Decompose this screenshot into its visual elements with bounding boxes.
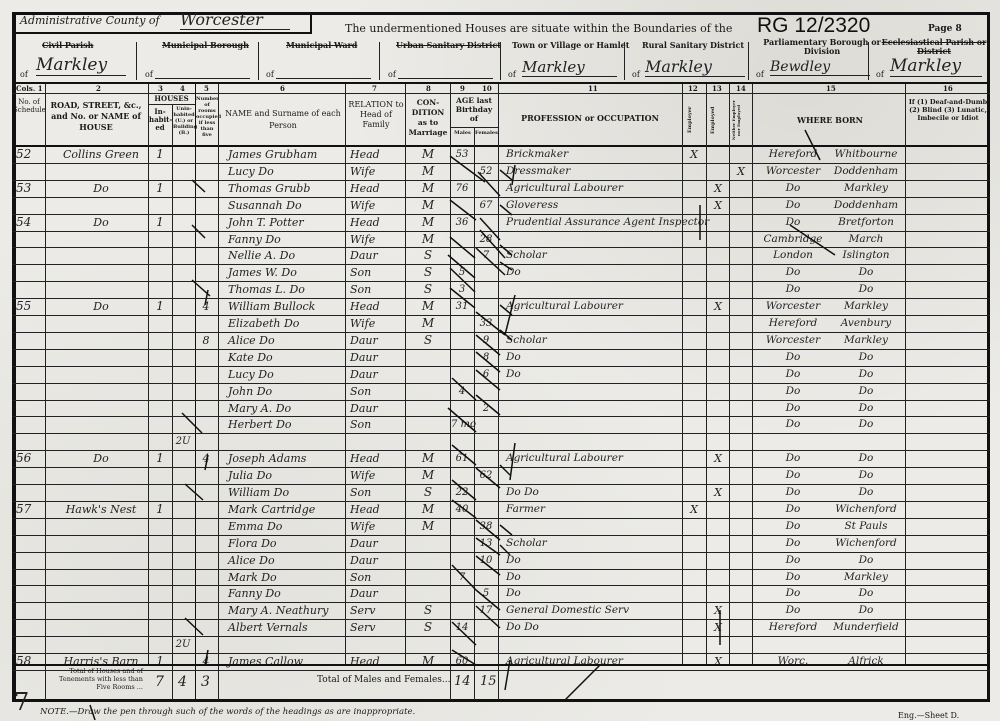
relation: Head bbox=[350, 146, 404, 163]
marital-condition: M bbox=[408, 197, 448, 214]
row-divider bbox=[12, 433, 990, 434]
age-male: 31 bbox=[451, 298, 473, 315]
district-label-urban-sanitary: Urban Sanitary District bbox=[396, 40, 501, 50]
heading-road: ROAD, STREET, &c., and No. or NAME of HO… bbox=[46, 100, 146, 133]
age-female: 28 bbox=[475, 231, 497, 248]
employed-mark: X bbox=[707, 653, 729, 670]
relation: Son bbox=[350, 281, 404, 298]
age-female: 38 bbox=[475, 518, 497, 535]
intro-text: The undermentioned Houses are situate wi… bbox=[345, 22, 732, 35]
person-name: Kate Do bbox=[228, 349, 343, 366]
birth-county: Do bbox=[758, 180, 828, 197]
relation: Daur bbox=[350, 366, 404, 383]
relation: Wife bbox=[350, 518, 404, 535]
age-male: 7 mo bbox=[451, 416, 473, 433]
marital-condition: M bbox=[408, 231, 448, 248]
schedule-number: 52 bbox=[16, 146, 44, 163]
birth-parish: Markley bbox=[828, 180, 904, 197]
marital-condition: M bbox=[408, 501, 448, 518]
birth-parish: Wichenford bbox=[828, 535, 904, 552]
person-name: James W. Do bbox=[228, 264, 343, 281]
district-value-parliamentary: Bewdley bbox=[770, 59, 870, 76]
schedule-number: 57 bbox=[16, 501, 44, 518]
birth-county: Do bbox=[758, 383, 828, 400]
marital-condition: S bbox=[408, 264, 448, 281]
birth-county: Do bbox=[758, 450, 828, 467]
birth-parish: Avenbury bbox=[828, 315, 904, 332]
marital-condition: S bbox=[408, 619, 448, 636]
marital-condition: S bbox=[408, 281, 448, 298]
age-male: 5 bbox=[451, 264, 473, 281]
occupation: General Domestic Serv bbox=[506, 602, 680, 619]
birth-parish: Do bbox=[828, 585, 904, 602]
birth-parish: Markley bbox=[828, 332, 904, 349]
age-male: 14 bbox=[451, 619, 473, 636]
age-female: 62 bbox=[475, 467, 497, 484]
birth-parish: Do bbox=[828, 552, 904, 569]
of-label: of bbox=[632, 70, 640, 79]
occupation: Do bbox=[506, 569, 680, 586]
person-name: Mark Cartridge bbox=[228, 501, 343, 518]
age-male: 53 bbox=[451, 146, 473, 163]
col-number: 9 bbox=[460, 84, 465, 93]
schedule-number: 55 bbox=[16, 298, 44, 315]
col-number: 3 bbox=[158, 84, 163, 93]
total-inhabited: 7 bbox=[155, 674, 164, 690]
occupation: Agricultural Labourer bbox=[506, 653, 680, 670]
marital-condition: S bbox=[408, 602, 448, 619]
inhabited-count: 1 bbox=[150, 146, 170, 163]
employed-mark: X bbox=[707, 197, 729, 214]
person-name: William Do bbox=[228, 484, 343, 501]
relation: Serv bbox=[350, 602, 404, 619]
houses-total-label: Total of Houses and of Tenements with le… bbox=[48, 667, 143, 691]
relation: Son bbox=[350, 264, 404, 281]
birth-parish: Markley bbox=[828, 298, 904, 315]
birth-parish: Do bbox=[828, 383, 904, 400]
heading-males: Males bbox=[451, 129, 474, 137]
heading-neither: Neither Employer nor Employed bbox=[731, 98, 751, 142]
marital-condition: M bbox=[408, 146, 448, 163]
col-number: 11 bbox=[588, 84, 598, 93]
birth-parish: Doddenham bbox=[828, 163, 904, 180]
marital-condition: M bbox=[408, 163, 448, 180]
birth-parish: Wichenford bbox=[828, 501, 904, 518]
heading-employed: Employed bbox=[709, 100, 725, 140]
marital-condition: M bbox=[408, 467, 448, 484]
birth-parish: Alfrick bbox=[828, 653, 904, 670]
district-label-municipal-borough: Municipal Borough bbox=[162, 40, 249, 50]
birth-parish: Do bbox=[828, 602, 904, 619]
relation: Daur bbox=[350, 535, 404, 552]
of-label: of bbox=[20, 70, 28, 79]
page-number: Page 8 bbox=[928, 24, 962, 34]
rooms-count: 8 bbox=[196, 332, 216, 349]
marital-condition: M bbox=[408, 315, 448, 332]
marital-condition: M bbox=[408, 653, 448, 670]
birth-parish: Do bbox=[828, 450, 904, 467]
marital-condition: S bbox=[408, 247, 448, 264]
birth-county: Hereford bbox=[758, 315, 828, 332]
relation: Son bbox=[350, 416, 404, 433]
birth-parish: Bretforton bbox=[828, 214, 904, 231]
birth-parish: March bbox=[828, 231, 904, 248]
occupation: Do bbox=[506, 349, 680, 366]
employed-mark: X bbox=[707, 180, 729, 197]
birth-parish: Do bbox=[828, 416, 904, 433]
heading-uninhabited: Unin-habited (U.) or Building (B.) bbox=[173, 106, 195, 136]
inhabited-count: 1 bbox=[150, 214, 170, 231]
road-name: Do bbox=[55, 180, 147, 197]
district-value-civil-parish: Markley bbox=[36, 55, 126, 76]
person-name: Albert Vernals bbox=[228, 619, 343, 636]
person-name: Mary A. Neathury bbox=[228, 602, 343, 619]
relation: Daur bbox=[350, 400, 404, 417]
occupation: Scholar bbox=[506, 535, 680, 552]
age-female: 9 bbox=[475, 332, 497, 349]
birth-parish: Do bbox=[828, 400, 904, 417]
age-female: 8 bbox=[475, 349, 497, 366]
of-label: of bbox=[756, 70, 764, 79]
col-number: 16 bbox=[943, 84, 953, 93]
relation: Head bbox=[350, 180, 404, 197]
age-female: 7 bbox=[475, 247, 497, 264]
birth-parish: Doddenham bbox=[828, 197, 904, 214]
marital-condition: M bbox=[408, 214, 448, 231]
district-value-town-village: Markley bbox=[522, 58, 617, 77]
employed-mark: X bbox=[707, 450, 729, 467]
of-label: of bbox=[876, 70, 884, 79]
rooms-count: 4 bbox=[196, 298, 216, 315]
age-male: 60 bbox=[451, 653, 473, 670]
heading-employer: Employer bbox=[686, 100, 702, 140]
heading-rooms: Number of rooms occupied if less than fi… bbox=[196, 96, 218, 138]
birth-county: Hereford bbox=[758, 146, 828, 163]
relation: Head bbox=[350, 450, 404, 467]
heading-name: NAME and Surname of each Person bbox=[222, 108, 344, 132]
person-name: Joseph Adams bbox=[228, 450, 343, 467]
occupation: Do Do bbox=[506, 619, 680, 636]
relation: Son bbox=[350, 383, 404, 400]
form-reference: Eng.—Sheet D. bbox=[898, 711, 959, 720]
birth-county: London bbox=[758, 247, 828, 264]
uninhabited-count: 2U bbox=[173, 433, 193, 450]
district-label-ecclesiastical: Ecclesiastical Parish or District bbox=[880, 38, 988, 56]
birth-county: Cambridge bbox=[758, 231, 828, 248]
birth-parish: Do bbox=[828, 349, 904, 366]
admin-county-value: Worcester bbox=[180, 10, 290, 30]
district-label-rural-sanitary: Rural Sanitary District bbox=[642, 40, 744, 50]
age-male: 40 bbox=[451, 501, 473, 518]
birth-county: Do bbox=[758, 214, 828, 231]
age-female: 13 bbox=[475, 535, 497, 552]
birth-county: Do bbox=[758, 349, 828, 366]
employed-mark: X bbox=[707, 484, 729, 501]
birth-county: Do bbox=[758, 484, 828, 501]
row-divider bbox=[12, 636, 990, 637]
road-name: Do bbox=[55, 450, 147, 467]
age-male: 22 bbox=[451, 484, 473, 501]
schedule-number: 54 bbox=[16, 214, 44, 231]
of-label: of bbox=[266, 70, 274, 79]
inhabited-count: 1 bbox=[150, 450, 170, 467]
heading-schedule: No. of Schedule bbox=[13, 98, 45, 114]
birth-county: Do bbox=[758, 467, 828, 484]
birth-parish: Whitbourne bbox=[828, 146, 904, 163]
birth-county: Do bbox=[758, 416, 828, 433]
occupation: Agricultural Labourer bbox=[506, 180, 680, 197]
relation: Daur bbox=[350, 247, 404, 264]
col-number: 2 bbox=[96, 84, 101, 93]
occupation: Dressmaker bbox=[506, 163, 680, 180]
inhabited-count: 1 bbox=[150, 653, 170, 670]
relation: Daur bbox=[350, 349, 404, 366]
heading-houses: HOUSES bbox=[149, 95, 194, 103]
age-female: 67 bbox=[475, 197, 497, 214]
district-label-civil-parish: Civil Parish bbox=[42, 40, 93, 50]
schedule-number: 56 bbox=[16, 450, 44, 467]
birth-county: Do bbox=[758, 264, 828, 281]
occupation: Farmer bbox=[506, 501, 680, 518]
person-name: James Grubham bbox=[228, 146, 343, 163]
relation: Head bbox=[350, 214, 404, 231]
persons-total-label: Total of Males and Females... bbox=[317, 675, 451, 685]
birth-county: Worc. bbox=[758, 653, 828, 670]
col-number: 10 bbox=[482, 84, 492, 93]
birth-parish: St Pauls bbox=[828, 518, 904, 535]
heading-occupation: PROFESSION or OCCUPATION bbox=[500, 114, 680, 122]
col-number: 8 bbox=[426, 84, 431, 93]
person-name: James Callow bbox=[228, 653, 343, 670]
road-name: Do bbox=[55, 298, 147, 315]
person-name: Susannah Do bbox=[228, 197, 343, 214]
district-value-rural-sanitary: Markley bbox=[645, 57, 745, 77]
district-value-ecclesiastical: Markley bbox=[890, 56, 982, 77]
inhabited-count: 1 bbox=[150, 180, 170, 197]
birth-county: Do bbox=[758, 197, 828, 214]
birth-parish: Islington bbox=[828, 247, 904, 264]
relation: Head bbox=[350, 501, 404, 518]
relation: Son bbox=[350, 484, 404, 501]
person-name: Emma Do bbox=[228, 518, 343, 535]
total-uninhabited: 4 bbox=[178, 674, 187, 690]
person-name: Lucy Do bbox=[228, 163, 343, 180]
col-number: 12 bbox=[688, 84, 698, 93]
person-name: Mary A. Do bbox=[228, 400, 343, 417]
employed-mark: X bbox=[707, 602, 729, 619]
employer-mark: X bbox=[683, 501, 705, 518]
birth-parish: Do bbox=[828, 264, 904, 281]
person-name: Thomas L. Do bbox=[228, 281, 343, 298]
birth-parish: Markley bbox=[828, 569, 904, 586]
inhabited-count: 1 bbox=[150, 501, 170, 518]
birth-county: Do bbox=[758, 535, 828, 552]
occupation: Do bbox=[506, 552, 680, 569]
reference-number: RG 12/2320 bbox=[757, 14, 870, 38]
col-number: Cols. 1 bbox=[16, 84, 43, 93]
occupation: Do Do bbox=[506, 484, 680, 501]
schedule-number: 53 bbox=[16, 180, 44, 197]
occupation: Do bbox=[506, 264, 680, 281]
age-female: 5 bbox=[475, 585, 497, 602]
person-name: Thomas Grubb bbox=[228, 180, 343, 197]
marital-condition: S bbox=[408, 484, 448, 501]
heading-relation: RELATION to Head of Family bbox=[347, 100, 405, 130]
road-name: Collins Green bbox=[55, 146, 147, 163]
total-rooms: 3 bbox=[201, 674, 210, 690]
heading-condition: CON-DITION as to Marriage bbox=[407, 98, 449, 138]
footnote: NOTE.—Draw the pen through such of the w… bbox=[40, 707, 415, 717]
heading-inhabited: In-habit-ed bbox=[149, 108, 171, 132]
birth-parish: Do bbox=[828, 281, 904, 298]
rooms-count: 4 bbox=[196, 450, 216, 467]
rooms-count: 4 bbox=[196, 653, 216, 670]
birth-county: Do bbox=[758, 569, 828, 586]
occupation: Scholar bbox=[506, 247, 680, 264]
relation: Son bbox=[350, 569, 404, 586]
of-label: of bbox=[145, 70, 153, 79]
heading-age: AGE last Birthday of bbox=[451, 96, 497, 123]
employed-mark: X bbox=[707, 298, 729, 315]
person-name: Fanny Do bbox=[228, 585, 343, 602]
heading-infirmity: If (1) Deaf-and-Dumb (2) Blind (3) Lunat… bbox=[908, 98, 988, 122]
uninhabited-count: 2U bbox=[173, 636, 193, 653]
employer-mark: X bbox=[683, 146, 705, 163]
age-female: 10 bbox=[475, 552, 497, 569]
relation: Wife bbox=[350, 231, 404, 248]
heading-females: Females bbox=[475, 129, 498, 137]
admin-county-label: Administrative County of bbox=[20, 14, 160, 27]
age-female: 33 bbox=[475, 315, 497, 332]
occupation: Agricultural Labourer bbox=[506, 298, 680, 315]
inhabited-count: 1 bbox=[150, 298, 170, 315]
person-name: Alice Do bbox=[228, 552, 343, 569]
person-name: Nellie A. Do bbox=[228, 247, 343, 264]
birth-county: Do bbox=[758, 552, 828, 569]
marital-condition: M bbox=[408, 298, 448, 315]
row-divider bbox=[12, 670, 990, 671]
birth-county: Do bbox=[758, 585, 828, 602]
col-number: 15 bbox=[826, 84, 836, 93]
birth-county: Worcester bbox=[758, 298, 828, 315]
birth-county: Do bbox=[758, 281, 828, 298]
birth-county: Do bbox=[758, 518, 828, 535]
road-name: Do bbox=[55, 214, 147, 231]
occupation: Prudential Assurance Agent Inspector bbox=[506, 214, 680, 231]
person-name: Flora Do bbox=[228, 535, 343, 552]
relation: Daur bbox=[350, 332, 404, 349]
relation: Daur bbox=[350, 585, 404, 602]
col-number: 5 bbox=[204, 84, 209, 93]
col-number: 13 bbox=[712, 84, 722, 93]
census-page: Administrative County of Worcester The u… bbox=[0, 0, 1000, 721]
person-name: Alice Do bbox=[228, 332, 343, 349]
relation: Serv bbox=[350, 619, 404, 636]
age-male: 4 bbox=[451, 383, 473, 400]
total-females: 15 bbox=[480, 674, 497, 689]
col-number: 6 bbox=[280, 84, 285, 93]
birth-county: Do bbox=[758, 400, 828, 417]
road-name: Hawk's Nest bbox=[55, 501, 147, 518]
occupation: Do bbox=[506, 366, 680, 383]
age-male: 3 bbox=[451, 281, 473, 298]
occupation: Brickmaker bbox=[506, 146, 680, 163]
relation: Head bbox=[350, 653, 404, 670]
age-female: 52 bbox=[475, 163, 497, 180]
of-label: of bbox=[508, 70, 516, 79]
age-male: 76 bbox=[451, 180, 473, 197]
birth-county: Do bbox=[758, 602, 828, 619]
marital-condition: M bbox=[408, 450, 448, 467]
person-name: Fanny Do bbox=[228, 231, 343, 248]
occupation: Gloveress bbox=[506, 197, 680, 214]
person-name: Elizabeth Do bbox=[228, 315, 343, 332]
marital-condition: M bbox=[408, 180, 448, 197]
person-name: John T. Potter bbox=[228, 214, 343, 231]
person-name: John Do bbox=[228, 383, 343, 400]
birth-parish: Do bbox=[828, 467, 904, 484]
relation: Wife bbox=[350, 197, 404, 214]
relation: Wife bbox=[350, 467, 404, 484]
col-number: 14 bbox=[736, 84, 746, 93]
district-label-parliamentary: Parliamentary Borough or Division bbox=[762, 38, 882, 56]
person-name: Herbert Do bbox=[228, 416, 343, 433]
employed-mark: X bbox=[707, 619, 729, 636]
heading-where-born: WHERE BORN bbox=[755, 116, 905, 124]
neither-mark: X bbox=[730, 163, 752, 180]
total-males: 14 bbox=[454, 674, 471, 689]
marital-condition: S bbox=[408, 332, 448, 349]
birth-parish: Munderfield bbox=[828, 619, 904, 636]
relation: Head bbox=[350, 298, 404, 315]
relation: Wife bbox=[350, 315, 404, 332]
occupation: Agricultural Labourer bbox=[506, 450, 680, 467]
person-name: William Bullock bbox=[228, 298, 343, 315]
district-label-town-village: Town or Village or Hamlet bbox=[512, 40, 629, 50]
age-male: 7 bbox=[451, 569, 473, 586]
occupation: Do bbox=[506, 585, 680, 602]
person-name: Mark Do bbox=[228, 569, 343, 586]
district-label-municipal-ward: Municipal Ward bbox=[286, 40, 357, 50]
age-female: 6 bbox=[475, 366, 497, 383]
col-number: 7 bbox=[372, 84, 377, 93]
of-label: of bbox=[388, 70, 396, 79]
occupation: Scholar bbox=[506, 332, 680, 349]
birth-county: Do bbox=[758, 366, 828, 383]
age-male: 61 bbox=[451, 450, 473, 467]
corner-mark: 7 bbox=[14, 688, 29, 716]
col-number: 4 bbox=[180, 84, 185, 93]
age-female: 17 bbox=[475, 602, 497, 619]
birth-county: Worcester bbox=[758, 332, 828, 349]
age-female: 2 bbox=[475, 400, 497, 417]
person-name: Julia Do bbox=[228, 467, 343, 484]
birth-county: Do bbox=[758, 501, 828, 518]
birth-county: Hereford bbox=[758, 619, 828, 636]
marital-condition: M bbox=[408, 518, 448, 535]
birth-county: Worcester bbox=[758, 163, 828, 180]
birth-parish: Do bbox=[828, 484, 904, 501]
relation: Wife bbox=[350, 163, 404, 180]
age-male: 36 bbox=[451, 214, 473, 231]
relation: Daur bbox=[350, 552, 404, 569]
birth-parish: Do bbox=[828, 366, 904, 383]
person-name: Lucy Do bbox=[228, 366, 343, 383]
schedule-number: 58 bbox=[16, 653, 44, 670]
